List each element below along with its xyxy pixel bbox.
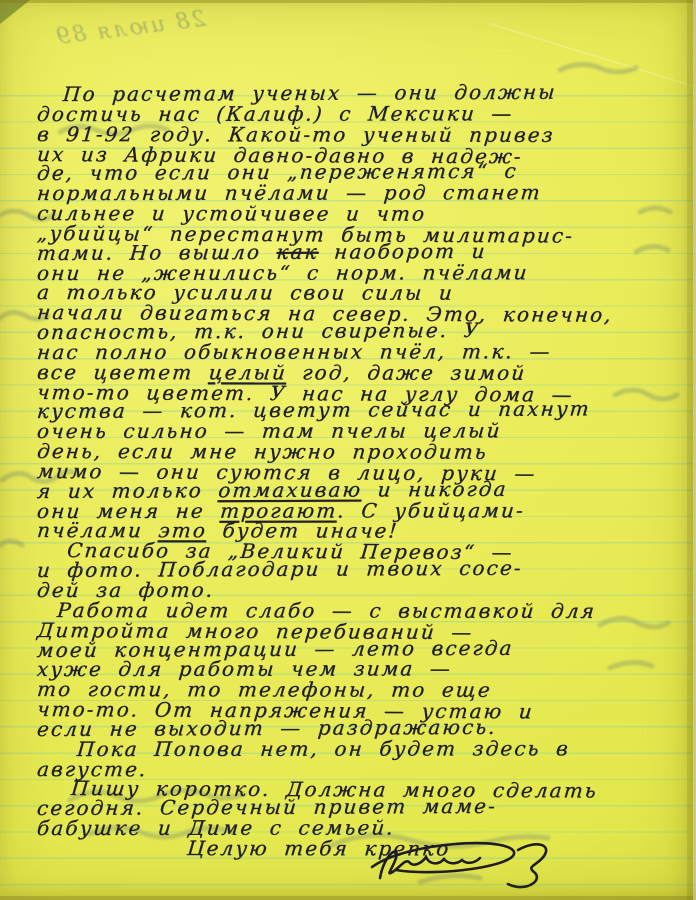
signature-flourish: [366, 836, 598, 898]
paper-bottom-edge: [0, 896, 696, 900]
signature-loop: [372, 843, 514, 872]
bleedthrough-squiggle: [0, 541, 22, 545]
bleedthrough-squiggle: [560, 64, 636, 72]
paper-top-edge: [0, 0, 696, 3]
letter-lines: По расчетам ученых — они должныдостичь н…: [36, 82, 692, 872]
legal-pad-paper: 28 июля 89 По расчетам ученых — они долж…: [0, 0, 696, 900]
handwritten-line: Пока Попова нет, он будет здесь в: [76, 736, 571, 761]
